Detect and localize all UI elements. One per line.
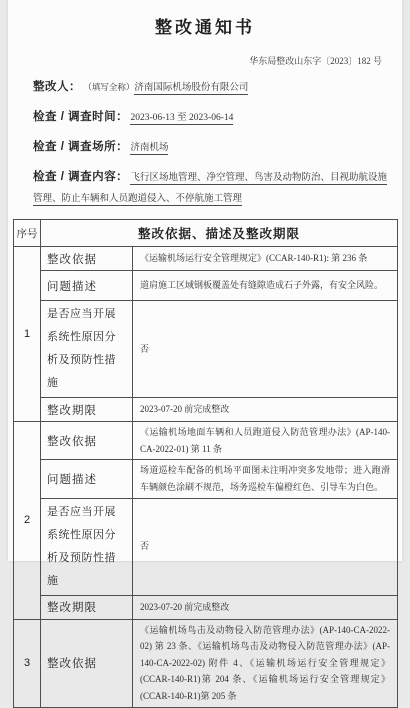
basis-value: 《运输机场地面车辆和人员跑道侵入防范管理办法》(AP-140-CA-2022-0… [133,422,398,460]
item-number: 1 [14,247,41,422]
systemic-value: 否 [133,498,398,561]
item-number: 2 [14,422,41,562]
rectifier-label: 整改人： [33,81,81,93]
field-inspection-place: 检查 / 调查场所： 济南机场 [33,137,388,159]
field-inspection-time: 检查 / 调查时间： 2023-06-13 至 2023-06-14 [33,107,388,129]
header-fields: 整改人： （填写全称）济南国际机场股份有限公司 检查 / 调查时间： 2023-… [33,77,388,210]
rectifier-prefix: （填写全称） [83,82,134,92]
inspection-content-label: 检查 / 调查内容： [33,171,128,183]
systemic-value: 否 [133,301,398,398]
inspection-time-value: 2023-06-13 至 2023-06-14 [130,113,233,125]
field-inspection-content: 检查 / 调查内容： 飞行区场地管理、净空管理、鸟害及动物防治、目视助航设施管理… [33,167,388,210]
table-row: 1 整改依据 《运输机场运行安全管理规定》(CCAR-140-R1): 第 23… [14,247,398,271]
document-number: 华东局整改山东字〔2023〕182 号 [8,54,402,67]
problem-label: 问题描述 [41,460,133,498]
table-row: 问题描述 道肩施工区域钢板覆盖处有缝隙造成石子外露，有安全风险。 [14,271,398,301]
field-rectifier: 整改人： （填写全称）济南国际机场股份有限公司 [33,77,388,99]
column-header-main: 整改依据、描述及整改期限 [41,220,398,247]
document-page: 整改通知书 华东局整改山东字〔2023〕182 号 整改人： （填写全称）济南国… [8,0,402,561]
basis-label: 整改依据 [41,247,133,271]
rectifier-value: 济南国际机场股份有限公司 [134,83,248,95]
systemic-label: 是否应当开展系统性原因分析及预防性措施 [41,301,133,398]
inspection-time-label: 检查 / 调查时间： [33,111,128,123]
problem-value: 道肩施工区域钢板覆盖处有缝隙造成石子外露，有安全风险。 [133,271,398,301]
table-row: 是否应当开展系统性原因分析及预防性措施 否 [14,301,398,398]
deadline-label: 整改期限 [41,398,133,422]
table-row: 问题描述 场道巡检车配备的机场平面图未注明冲突多发地带；进入跑滑车辆颜色涂刷不规… [14,460,398,498]
inspection-place-label: 检查 / 调查场所： [33,141,128,153]
systemic-label: 是否应当开展系统性原因分析及预防性措施 [41,498,133,561]
problem-label: 问题描述 [41,271,133,301]
table-row: 是否应当开展系统性原因分析及预防性措施 否 [14,498,398,561]
column-header-index: 序号 [14,220,41,247]
inspection-place-value: 济南机场 [130,143,168,155]
basis-value: 《运输机场运行安全管理规定》(CCAR-140-R1): 第 236 条 [133,247,398,271]
deadline-value: 2023-07-20 前完成整改 [133,398,398,422]
table-row: 2 整改依据 《运输机场地面车辆和人员跑道侵入防范管理办法》(AP-140-CA… [14,422,398,460]
problem-value: 场道巡检车配备的机场平面图未注明冲突多发地带；进入跑滑车辆颜色涂刷不规范，场务巡… [133,460,398,498]
basis-label: 整改依据 [41,422,133,460]
rectification-table: 序号 整改依据、描述及整改期限 1 整改依据 《运输机场运行安全管理规定》(CC… [13,219,398,561]
table-header-row: 序号 整改依据、描述及整改期限 [14,220,398,247]
document-title: 整改通知书 [8,13,402,38]
table-row: 整改期限 2023-07-20 前完成整改 [14,398,398,422]
